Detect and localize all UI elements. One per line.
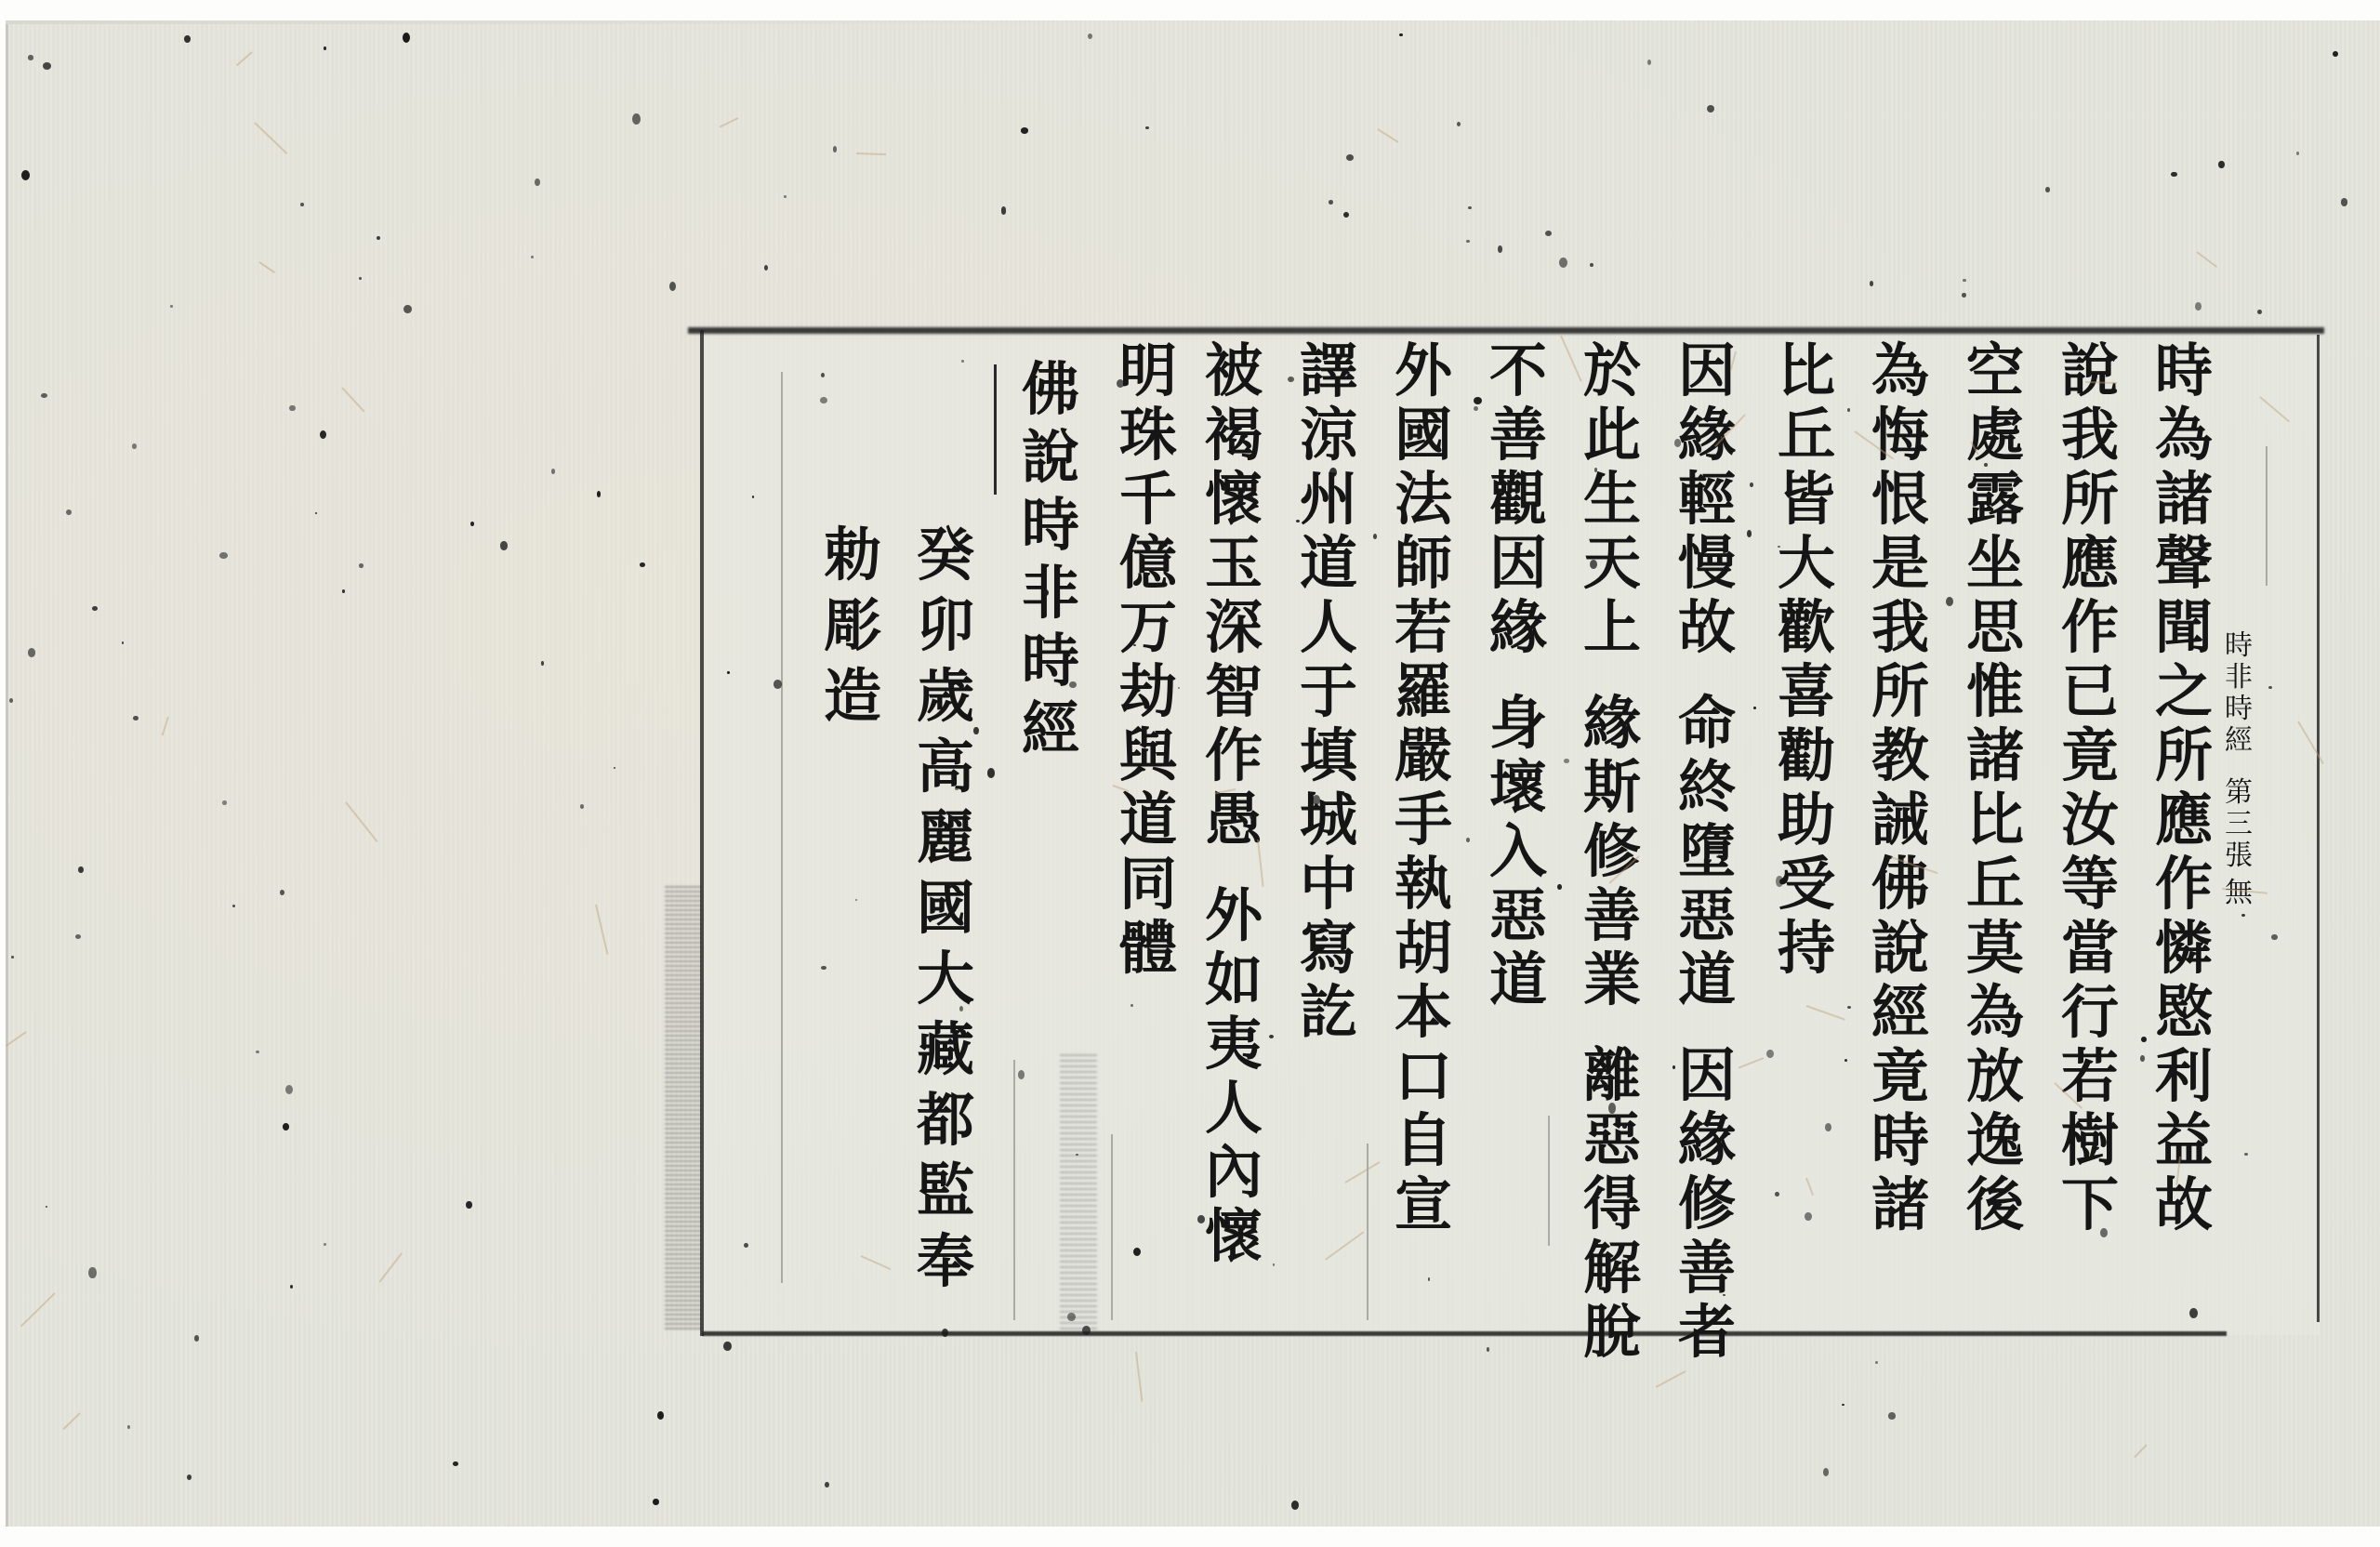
block-border-right: [2317, 335, 2320, 1322]
paper-speck: [2141, 1037, 2146, 1042]
glyph: 竟: [1871, 1048, 1929, 1112]
paper-speck: [1545, 231, 1552, 236]
paper-speck: [1753, 707, 1755, 709]
block-border-top: [688, 327, 2324, 334]
paper-speck: [1844, 1059, 1848, 1062]
glyph: 於: [1583, 342, 1641, 406]
paper-speck: [669, 282, 676, 291]
glyph: 惡: [1489, 887, 1547, 951]
glyph: 時: [1022, 496, 1079, 564]
paper-speck: [1021, 127, 1028, 133]
text-column-1: 時為諸聲聞之所應作憐愍利益故: [2147, 342, 2221, 1240]
glyph: 時: [1871, 1112, 1929, 1176]
paper-speck: [315, 512, 317, 514]
glyph: 故: [1678, 599, 1736, 663]
colophon-line-1: 癸卯歲高麗國大藏都監奉: [908, 526, 983, 1303]
glyph: 莫: [1966, 919, 2024, 984]
paper-speck: [359, 563, 364, 567]
glyph: 斯: [1583, 759, 1641, 823]
glyph: 中: [1300, 855, 1357, 919]
paper-speck: [632, 113, 641, 125]
faint-ruling-line: [1111, 1134, 1113, 1320]
glyph: 放: [1966, 1048, 2024, 1112]
glyph: 空: [1966, 342, 2024, 406]
glyph: 處: [1966, 406, 2024, 470]
glyph: 口: [1395, 1048, 1452, 1112]
glyph: 說: [1022, 429, 1079, 496]
glyph: 非: [1022, 564, 1079, 632]
glyph: 我: [2061, 406, 2119, 470]
paper-speck: [1399, 33, 1403, 36]
paper-speck: [1474, 397, 1482, 404]
glyph: 比: [1778, 342, 1835, 406]
glyph: 諸: [2155, 470, 2213, 535]
glyph: 緣: [1489, 599, 1547, 663]
glyph: 國: [917, 879, 974, 950]
glyph: 比: [1966, 791, 2024, 855]
glyph: 所: [2061, 470, 2119, 535]
glyph: 緣: [1583, 694, 1641, 759]
glyph: 大: [1778, 535, 1835, 599]
paper-speck: [222, 800, 227, 804]
paper-speck: [122, 641, 125, 644]
glyph: 入: [1489, 823, 1547, 887]
glyph: 卯: [917, 597, 974, 668]
glyph: 第: [2225, 779, 2253, 811]
block-border-bottom: [702, 1331, 2227, 1336]
glyph: 終: [1678, 759, 1736, 823]
paper-speck: [1888, 1412, 1897, 1420]
glyph: 城: [1300, 791, 1357, 855]
text-column-3: 空處露坐思惟諸比丘莫為放逸後: [1958, 342, 2032, 1240]
faint-ruling-line: [2266, 446, 2268, 586]
glyph: 造: [824, 668, 881, 738]
margin-title: 時非時經: [2225, 632, 2253, 759]
paper-speck: [46, 1206, 48, 1208]
glyph: 修: [1678, 1175, 1736, 1239]
glyph: 慢: [1678, 535, 1736, 599]
paper-speck: [1498, 245, 1503, 253]
paper-speck: [833, 146, 837, 152]
paper-speck: [723, 1342, 732, 1352]
paper-speck: [66, 509, 72, 515]
paper-speck: [1001, 206, 1007, 214]
glyph: 億: [1119, 535, 1177, 599]
glyph: 說: [2061, 342, 2119, 406]
glyph: 應: [2061, 535, 2119, 599]
glyph: 脫: [1583, 1303, 1641, 1368]
glyph: 不: [1489, 342, 1547, 406]
glyph: 惡: [1583, 1111, 1641, 1175]
paper-speck: [1823, 1468, 1829, 1476]
paper-speck: [75, 934, 81, 939]
glyph: 道: [1678, 951, 1736, 1015]
paper-speck: [1805, 1212, 1812, 1222]
glyph: 所: [1871, 663, 1929, 727]
glyph: 善: [1583, 887, 1641, 951]
glyph: 體: [1119, 919, 1177, 984]
glyph: 藏: [917, 1021, 974, 1091]
glyph: 誡: [1871, 791, 1929, 855]
glyph: 丘: [1966, 855, 2024, 919]
glyph: 身: [1489, 694, 1547, 759]
glyph: 佛: [1871, 855, 1929, 919]
glyph: 輕: [1678, 470, 1736, 535]
glyph: 思: [1966, 599, 2024, 663]
paper-speck: [283, 1123, 289, 1130]
paper-speck: [784, 195, 787, 198]
paper-speck: [41, 393, 47, 399]
glyph: 大: [917, 950, 974, 1021]
glyph: 万: [1119, 599, 1177, 663]
glyph: 夷: [1205, 1015, 1263, 1079]
glyph: 業: [1583, 951, 1641, 1015]
glyph: 諸: [1871, 1176, 1929, 1240]
faint-ruling-line: [1013, 1060, 1015, 1320]
paper-speck: [1197, 1215, 1205, 1223]
glyph: 若: [1395, 599, 1452, 663]
glyph: 善: [1678, 1239, 1736, 1303]
text-column-9: 外國法師若羅嚴手執胡本口自宣: [1386, 342, 1461, 1240]
glyph: 嚴: [1395, 727, 1452, 791]
paper-speck: [453, 1461, 458, 1467]
paper-speck: [1564, 759, 1569, 763]
glyph: 受: [1778, 855, 1835, 919]
glyph: 麗: [917, 809, 974, 879]
paper-speck: [1723, 1294, 1725, 1296]
paper-speck: [342, 589, 345, 593]
glyph: 後: [1966, 1176, 2024, 1240]
paper-speck: [825, 1482, 828, 1487]
glyph: 為: [1871, 342, 1929, 406]
glyph: 道: [1300, 535, 1357, 599]
glyph: 生: [1583, 470, 1641, 535]
glyph: 宣: [1395, 1176, 1452, 1240]
paper-speck: [551, 469, 555, 474]
glyph: 緣: [1678, 406, 1736, 470]
glyph: 被: [1205, 342, 1263, 406]
glyph: 執: [1395, 855, 1452, 919]
glyph: 玉: [1205, 535, 1263, 599]
faint-ruling-line: [1548, 1116, 1550, 1246]
paper-speck: [773, 680, 782, 689]
glyph: 離: [1583, 1047, 1641, 1111]
end-title-column: 佛說時非時經: [1013, 361, 1088, 768]
paper-speck: [973, 727, 978, 734]
paper-speck: [359, 277, 362, 280]
glyph: 愍: [2155, 984, 2213, 1048]
glyph: 得: [1583, 1175, 1641, 1239]
paper-speck: [324, 46, 326, 49]
glyph: 觀: [1489, 470, 1547, 535]
glyph: 經: [2225, 727, 2253, 759]
glyph: 彫: [824, 597, 881, 668]
glyph: 緣: [1678, 1111, 1736, 1175]
glyph: 故: [2155, 1176, 2213, 1240]
paper-speck: [470, 522, 474, 526]
ink-smudge: [1060, 1051, 1097, 1329]
text-column-8: 不善觀因緣身壞入惡道: [1481, 342, 1555, 1015]
glyph: 三: [2225, 811, 2253, 842]
paper-speck: [21, 170, 30, 180]
paper-speck: [1466, 838, 1470, 841]
glyph: 自: [1395, 1112, 1452, 1176]
paper-speck: [2341, 198, 2348, 205]
glyph: 譯: [1300, 342, 1357, 406]
paper-speck: [1897, 641, 1906, 647]
paper-speck: [2257, 310, 2262, 314]
glyph: 等: [2061, 855, 2119, 919]
glyph: 丘: [1778, 406, 1835, 470]
glyph: 修: [1583, 823, 1641, 887]
glyph: 無: [2225, 879, 2253, 911]
glyph: 因: [1489, 535, 1547, 599]
paper-speck: [1466, 240, 1470, 243]
glyph: 都: [917, 1091, 974, 1162]
glyph: 手: [1395, 791, 1452, 855]
glyph: 監: [917, 1162, 974, 1233]
paper-speck: [1133, 1248, 1141, 1256]
text-column-6: 因緣輕慢故命終墮惡道因緣修善者: [1670, 342, 1744, 1368]
glyph: 惡: [1678, 887, 1736, 951]
glyph: 坐: [1966, 535, 2024, 599]
colophon-text: 勅彫造: [824, 526, 881, 738]
text-column-12: 明珠千億万劫與道同體: [1111, 342, 1185, 984]
glyph: 歲: [917, 668, 974, 738]
glyph: 懷: [1205, 1208, 1263, 1272]
paper-speck: [821, 373, 825, 377]
block-border-left: [700, 330, 704, 1336]
glyph: 壞: [1489, 759, 1547, 823]
glyph: 持: [1778, 919, 1835, 984]
paper-speck: [1712, 903, 1715, 906]
glyph: 人: [1300, 599, 1357, 663]
glyph: 行: [2061, 984, 2119, 1048]
paper-speck: [289, 405, 295, 412]
margin-mark: 無: [2225, 879, 2253, 911]
glyph: 道: [1119, 791, 1177, 855]
text-column-4: 為悔恨是我所教誡佛說經竟時諸: [1863, 342, 1937, 1240]
glyph: 同: [1119, 855, 1177, 919]
paper-speck: [1847, 1006, 1851, 1009]
glyph: 佛: [1022, 361, 1079, 429]
glyph: 為: [2155, 406, 2213, 470]
paper-speck: [28, 55, 34, 60]
glyph: 解: [1583, 1239, 1641, 1303]
glyph: 奉: [917, 1233, 974, 1303]
glyph: 者: [1678, 1303, 1736, 1368]
paper-speck: [1296, 520, 1300, 522]
paper-speck: [1329, 200, 1333, 205]
glyph: 癸: [917, 526, 974, 597]
glyph: 竟: [2061, 727, 2119, 791]
glyph: 因: [1678, 1047, 1736, 1111]
glyph: 喜: [1778, 663, 1835, 727]
glyph: 珠: [1119, 406, 1177, 470]
glyph: 高: [917, 738, 974, 809]
glyph: 勸: [1778, 727, 1835, 791]
glyph: 法: [1395, 470, 1452, 535]
paper-speck: [1875, 1361, 1878, 1364]
paper-speck: [92, 606, 98, 611]
glyph: 悔: [1871, 406, 1929, 470]
glyph: 懷: [1205, 470, 1263, 535]
glyph: 胡: [1395, 919, 1452, 984]
glyph: 應: [2155, 791, 2213, 855]
glyph: 與: [1119, 727, 1177, 791]
glyph: 墮: [1678, 823, 1736, 887]
glyph: 州: [1300, 470, 1357, 535]
glyph: 惟: [1966, 663, 2024, 727]
glyph: 訖: [1300, 984, 1357, 1048]
paper-speck: [531, 256, 533, 258]
glyph: 因: [1678, 342, 1736, 406]
paper-speck: [987, 768, 995, 777]
paper-speck: [184, 35, 191, 43]
ink-smudge: [665, 883, 702, 1329]
paper-fiber: [2085, 381, 2117, 384]
paper-speck: [2218, 161, 2225, 168]
glyph: 深: [1205, 599, 1263, 663]
margin-sheet-number: 第三張: [2225, 779, 2253, 874]
paper-speck: [219, 552, 228, 559]
glyph: 外: [1205, 887, 1263, 951]
glyph: 填: [1300, 727, 1357, 791]
glyph: 說: [1871, 919, 1929, 984]
paper-speck: [1622, 1125, 1627, 1129]
paper-speck: [535, 178, 540, 186]
glyph: 道: [1489, 951, 1547, 1015]
paper-speck: [500, 541, 507, 549]
glyph: 作: [1205, 727, 1263, 791]
glyph: 作: [2061, 599, 2119, 663]
paper-speck: [1557, 884, 1561, 890]
glyph: 善: [1489, 406, 1547, 470]
glyph: 本: [1395, 984, 1452, 1048]
glyph: 汝: [2061, 791, 2119, 855]
glyph: 皆: [1778, 470, 1835, 535]
glyph: 人: [1205, 1079, 1263, 1144]
glyph: 助: [1778, 791, 1835, 855]
glyph: 勅: [824, 526, 881, 597]
glyph: 經: [1871, 984, 1929, 1048]
paper-speck: [1963, 279, 1966, 282]
title-separator-line: [994, 364, 997, 495]
paper-speck: [1984, 463, 1987, 467]
glyph: 聞: [2155, 599, 2213, 663]
glyph: 時: [2225, 632, 2253, 664]
paper-speck: [1766, 1050, 1774, 1058]
paper-speck: [2244, 1153, 2248, 1156]
glyph: 諸: [1966, 727, 2024, 791]
paper-speck: [300, 203, 304, 205]
faint-ruling-line: [781, 372, 783, 1283]
text-column-11: 被褐懷玉深智作愚外如夷人內懷: [1197, 342, 1271, 1272]
glyph: 外: [1395, 342, 1452, 406]
glyph: 智: [1205, 663, 1263, 727]
paper-speck: [955, 787, 959, 790]
glyph: 當: [2061, 919, 2119, 984]
text-column-10: 譯涼州道人于填城中寫訖: [1291, 342, 1366, 1048]
end-title: 佛說時非時經: [1022, 361, 1079, 768]
paper-speck: [377, 236, 380, 240]
glyph: 之: [2155, 663, 2213, 727]
glyph: 經: [1022, 700, 1079, 768]
paper-speck: [1709, 971, 1712, 974]
paper-speck: [403, 33, 410, 43]
glyph: 于: [1300, 663, 1357, 727]
paper-speck: [1559, 258, 1567, 268]
glyph: 是: [1871, 535, 1929, 599]
glyph: 如: [1205, 951, 1263, 1015]
paper-speck: [1343, 212, 1349, 218]
paper-speck: [1778, 546, 1780, 548]
paper-speck: [320, 430, 326, 439]
glyph: 非: [2225, 664, 2253, 695]
glyph: 恨: [1871, 470, 1929, 535]
glyph: 命: [1678, 694, 1736, 759]
paper-speck: [1674, 439, 1682, 447]
paper-speck: [1750, 483, 1753, 487]
glyph: 時: [2155, 342, 2213, 406]
glyph: 羅: [1395, 663, 1452, 727]
paper-speck: [1775, 1192, 1779, 1197]
paper-speck: [194, 1335, 200, 1341]
paper-top-edge: [6, 20, 1121, 24]
glyph: 我: [1871, 599, 1929, 663]
glyph: 聲: [2155, 535, 2213, 599]
paper-speck: [1842, 1404, 1844, 1407]
glyph: 益: [2155, 1112, 2213, 1176]
paper-speck: [170, 305, 173, 307]
paper-speck: [820, 397, 827, 403]
paper-speck: [1468, 206, 1471, 209]
colophon-line-2: 勅彫造: [815, 526, 890, 738]
glyph: 張: [2225, 842, 2253, 874]
paper-speck: [1608, 1103, 1616, 1114]
paper-speck: [403, 305, 411, 313]
glyph: 教: [1871, 727, 1929, 791]
glyph: 樹: [2061, 1112, 2119, 1176]
glyph: 明: [1119, 342, 1177, 406]
paper-speck: [1776, 876, 1783, 886]
glyph: 已: [2061, 663, 2119, 727]
paper-speck: [88, 1267, 97, 1279]
paper-speck: [2333, 51, 2338, 57]
paper-speck: [2268, 686, 2272, 689]
paper-speck: [1313, 795, 1320, 805]
glyph: 利: [2155, 1048, 2213, 1112]
paper-speck: [1043, 589, 1049, 596]
paper-speck: [1269, 1035, 1274, 1038]
paper-speck: [466, 1201, 472, 1209]
scan-canvas: 時非時經 第三張 無 時為諸聲聞之所應作憐愍利益故說我所應作已竟汝等當行若樹下空…: [0, 0, 2380, 1547]
paper-speck: [133, 716, 139, 721]
glyph: 下: [2061, 1176, 2119, 1240]
glyph: 歡: [1778, 599, 1835, 663]
paper-speck: [2100, 1228, 2108, 1237]
paper-speck: [580, 804, 584, 809]
paper-speck: [1145, 126, 1149, 129]
paper-speck: [1067, 1313, 1075, 1321]
margin-label: 時非時經 第三張 無: [2220, 632, 2257, 911]
glyph: 涼: [1300, 406, 1357, 470]
glyph: 國: [1395, 406, 1452, 470]
paper-speck: [9, 698, 13, 703]
glyph: 為: [1966, 984, 2024, 1048]
glyph: 作: [2155, 855, 2213, 919]
glyph: 千: [1119, 470, 1177, 535]
